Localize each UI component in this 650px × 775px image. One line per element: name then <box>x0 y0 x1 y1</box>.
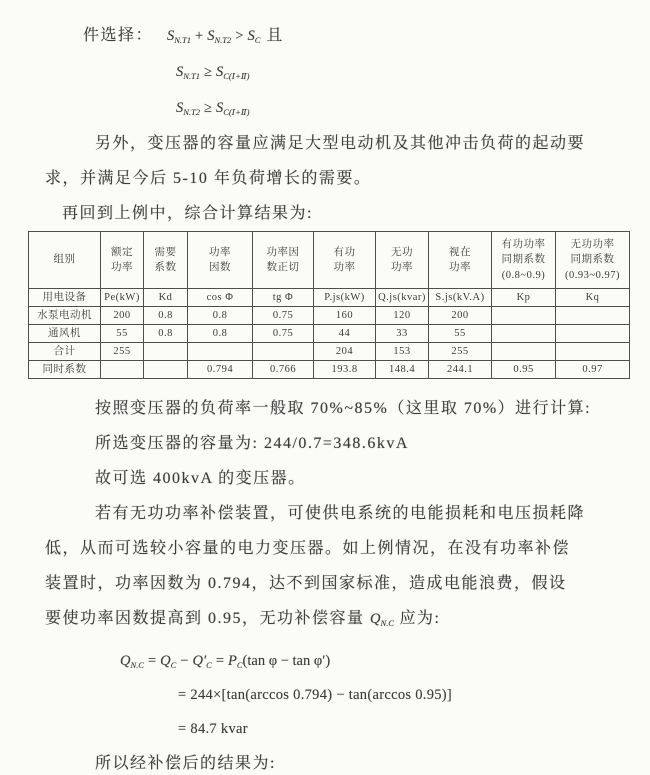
table-head: 组别额定 功率需要 系数功率 因数功率因 数正切有功 功率无功 功率视在 功率有… <box>29 232 630 289</box>
formula-qnc-result: = 84.7 kvar <box>178 721 248 737</box>
table-cell: tg Φ <box>253 289 314 307</box>
table-cell <box>556 307 630 325</box>
table-cell: Kp <box>492 289 556 307</box>
table-cell: 0.75 <box>253 307 314 325</box>
col-header-6: 无功 功率 <box>376 232 429 289</box>
table-cell: 0.95 <box>492 361 556 379</box>
table-cell: 200 <box>101 307 144 325</box>
condition-formula-line-1: 件选择：SN.T1+SN.T2>SC且 <box>45 18 624 54</box>
table-row: 合计255204153255 <box>29 343 630 361</box>
table-cell: 244.1 <box>429 361 492 379</box>
table-cell: 255 <box>101 343 144 361</box>
col-header-3: 功率 因数 <box>188 232 253 289</box>
paragraph-compensation-3: 装置时，功率因数为 0.794，达不到国家标准，造成电能浪费，假设 <box>45 566 624 601</box>
page: { "intro": { "prefix_label": "件选择：", "f1… <box>0 0 650 775</box>
table-cell: 193.8 <box>314 361 376 379</box>
paragraph-compensation-1: 若有无功功率补偿装置，可使供电系统的电能损耗和电压损耗降 <box>45 496 624 531</box>
col-header-1: 额定 功率 <box>101 232 144 289</box>
table-cell <box>253 343 314 361</box>
formula-t2-condition: SN.T2≥SC(Ⅰ+Ⅱ) <box>176 100 249 116</box>
table-cell: 0.766 <box>253 361 314 379</box>
paragraph-selected-capacity: 所选变压器的容量为: 244/0.7=348.6kvA <box>45 426 624 461</box>
row-label-cell: 通风机 <box>29 325 101 343</box>
formula-capacity-sum-condition: SN.T1+SN.T2>SC <box>167 28 260 44</box>
row-label-cell: 合计 <box>29 343 101 361</box>
and-label: 且 <box>266 27 282 44</box>
col-header-7: 视在 功率 <box>429 232 492 289</box>
document-page: 件选择：SN.T1+SN.T2>SC且 SN.T1≥SC(Ⅰ+Ⅱ) SN.T2≥… <box>0 0 650 775</box>
table-cell: 0.8 <box>188 325 253 343</box>
table-cell: 160 <box>314 307 376 325</box>
table-body: 用电设备Pe(kW)Kdcos Φtg ΦP.js(kW)Q.js(kvar)S… <box>29 289 630 379</box>
paragraph-capacity-requirement-1: 另外，变压器的容量应满足大型电动机及其他冲击负荷的起动要 <box>45 126 624 161</box>
formula-qnc-definition: QN.C=QC−Q′C=PC(tan φ − tan φ′) <box>120 653 330 669</box>
table-row: 用电设备Pe(kW)Kdcos Φtg ΦP.js(kW)Q.js(kvar)S… <box>29 289 630 307</box>
table-cell: 153 <box>376 343 429 361</box>
row-label-cell: 水泵电动机 <box>29 307 101 325</box>
table-cell <box>492 307 556 325</box>
table-cell: 55 <box>101 325 144 343</box>
q-nc-symbol: QN.C <box>370 611 394 627</box>
table-header-row: 组别额定 功率需要 系数功率 因数功率因 数正切有功 功率无功 功率视在 功率有… <box>29 232 630 289</box>
condition-formula-line-3: SN.T2≥SC(Ⅰ+Ⅱ) <box>45 90 624 126</box>
col-header-8: 有功功率 同期系数 (0.8~0.9) <box>492 232 556 289</box>
table-cell <box>492 343 556 361</box>
table-row: 通风机550.80.80.75443355 <box>29 325 630 343</box>
table-cell: 255 <box>429 343 492 361</box>
paragraph-choose-400kva: 故可选 400kvA 的变压器。 <box>45 461 624 496</box>
table-cell <box>101 361 144 379</box>
clause-label: 件选择： <box>83 27 153 44</box>
table-cell: Q.js(kvar) <box>376 289 429 307</box>
compensation-formula-line-1: QN.C=QC−Q′C=PC(tan φ − tan φ′) <box>45 644 624 678</box>
table-row: 同时系数0.7940.766193.8148.4244.10.950.97 <box>29 361 630 379</box>
table-cell <box>144 361 188 379</box>
formula-qnc-numeric: = 244×[tan(arccos 0.794) − tan(arccos 0.… <box>178 687 452 703</box>
table-cell <box>144 343 188 361</box>
table-cell: 0.8 <box>144 307 188 325</box>
paragraph-after-compensation: 所以经补偿后的结果为: <box>45 746 624 775</box>
table-cell <box>556 343 630 361</box>
col-header-9: 无功功率 同期系数 (0.93~0.97) <box>556 232 630 289</box>
table-cell <box>188 343 253 361</box>
condition-formula-line-2: SN.T1≥SC(Ⅰ+Ⅱ) <box>45 54 624 90</box>
col-header-4: 功率因 数正切 <box>253 232 314 289</box>
row-label-cell: 用电设备 <box>29 289 101 307</box>
table-cell: Kd <box>144 289 188 307</box>
table-cell: 55 <box>429 325 492 343</box>
table-cell <box>492 325 556 343</box>
calc-table: 组别额定 功率需要 系数功率 因数功率因 数正切有功 功率无功 功率视在 功率有… <box>28 231 630 379</box>
table-cell: cos Φ <box>188 289 253 307</box>
table-cell: S.js(kV.A) <box>429 289 492 307</box>
table-cell: 200 <box>429 307 492 325</box>
table-cell: 120 <box>376 307 429 325</box>
table-cell: 0.97 <box>556 361 630 379</box>
table-cell: 204 <box>314 343 376 361</box>
table-row: 水泵电动机2000.80.80.75160120200 <box>29 307 630 325</box>
table-cell: 0.75 <box>253 325 314 343</box>
table-cell: 0.8 <box>188 307 253 325</box>
compensation-formula-line-2: = 244×[tan(arccos 0.794) − tan(arccos 0.… <box>45 678 624 712</box>
table-cell: Pe(kW) <box>101 289 144 307</box>
col-header-0: 组别 <box>29 232 101 289</box>
formula-t1-condition: SN.T1≥SC(Ⅰ+Ⅱ) <box>176 64 249 80</box>
table-cell: 0.794 <box>188 361 253 379</box>
paragraph-capacity-requirement-2: 求，并满足今后 5-10 年负荷增长的需要。 <box>45 161 624 196</box>
row-label-cell: 同时系数 <box>29 361 101 379</box>
col-header-5: 有功 功率 <box>314 232 376 289</box>
paragraph-compensation-4: 要使功率因数提高到 0.95，无功补偿容量 QN.C 应为: <box>45 601 624 636</box>
table-cell: 33 <box>376 325 429 343</box>
col-header-2: 需要 系数 <box>144 232 188 289</box>
paragraph-load-rate: 按照变压器的负荷率一般取 70%~85%（这里取 70%）进行计算: <box>45 391 624 426</box>
paragraph-return-to-example: 再回到上例中，综合计算结果为: <box>45 196 624 231</box>
table-cell: P.js(kW) <box>314 289 376 307</box>
table-cell: Kq <box>556 289 630 307</box>
paragraph-compensation-2: 低，从而可选较小容量的电力变压器。如上例情况，在没有功率补偿 <box>45 531 624 566</box>
table-cell: 0.8 <box>144 325 188 343</box>
table-cell: 148.4 <box>376 361 429 379</box>
compensation-formula-line-3: = 84.7 kvar <box>45 712 624 746</box>
table-cell: 44 <box>314 325 376 343</box>
table-cell <box>556 325 630 343</box>
